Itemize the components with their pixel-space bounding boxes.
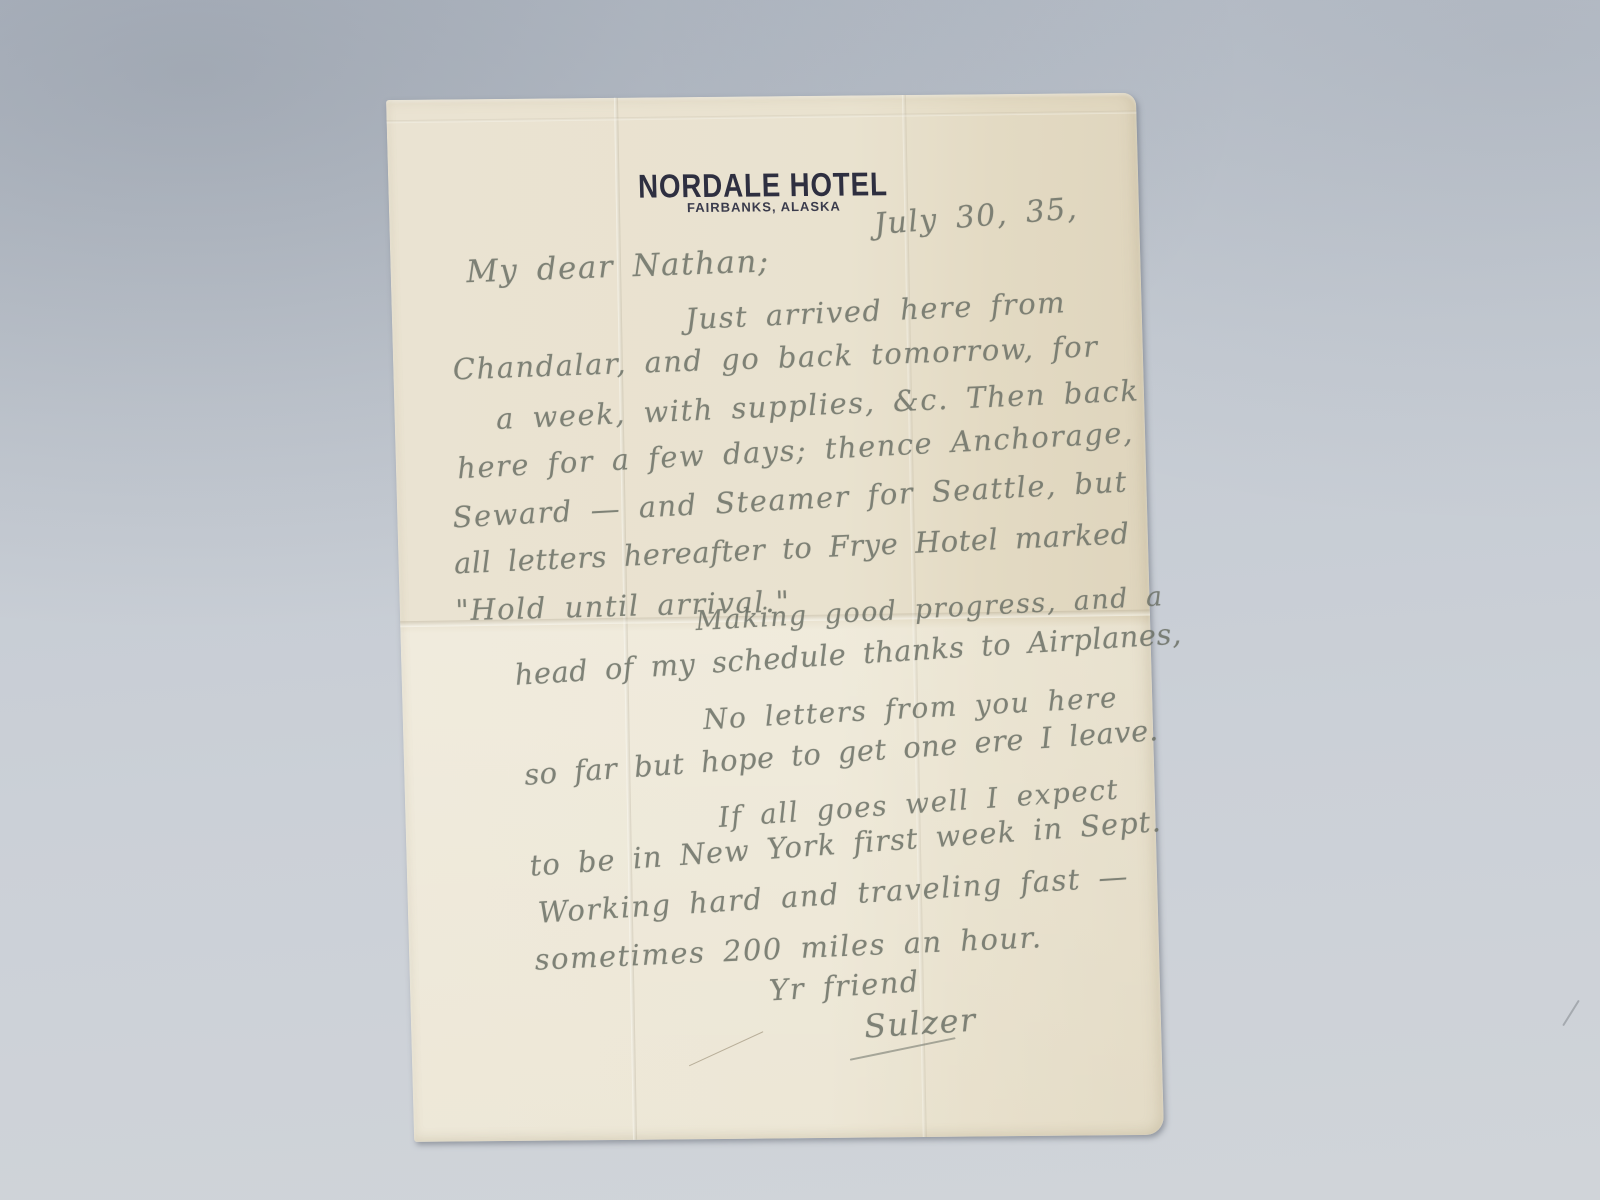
photo-background: NORDALE HOTEL FAIRBANKS, ALASKA July 30,…	[0, 0, 1600, 1200]
hair-mark	[689, 1031, 763, 1066]
letter-line: sometimes 200 miles an hour.	[534, 920, 1044, 977]
background-scratch-mark	[1562, 1000, 1580, 1027]
letter-signature: Sulzer	[863, 1001, 979, 1046]
top-edge-crease	[387, 110, 1137, 123]
letter-paper: NORDALE HOTEL FAIRBANKS, ALASKA July 30,…	[386, 93, 1164, 1142]
letter-line: Chandalar, and go back tomorrow, for	[452, 329, 1099, 386]
letter-closing: Yr friend	[768, 964, 921, 1007]
letter-salutation: My dear Nathan;	[465, 243, 770, 290]
letter-line: Just arrived here from	[684, 285, 1067, 336]
